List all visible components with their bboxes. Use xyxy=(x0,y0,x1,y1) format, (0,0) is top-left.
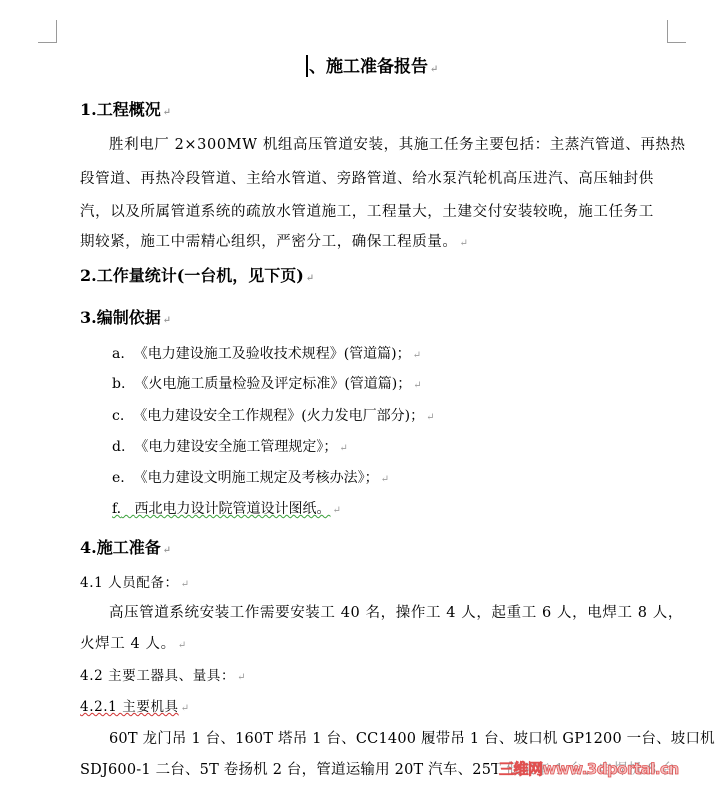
list-marker: b. xyxy=(112,376,125,392)
section-1-line-2[interactable]: 段管道、再热冷段管道、主给水管道、旁路管道、给水泵汽轮机高压进汽、高压轴封供 xyxy=(80,167,654,188)
reference-item-e[interactable]: e. 《电力建设文明施工规定及考核办法》；↵ xyxy=(112,467,389,487)
paragraph-mark-icon: ↵ xyxy=(430,64,438,75)
section-1-line-4[interactable]: 期较紧，施工中需精心组织，严密分工，确保工程质量。↵ xyxy=(80,230,468,251)
list-marker: e. xyxy=(112,470,125,486)
paragraph-mark-icon: ↵ xyxy=(181,579,190,590)
text-cursor xyxy=(306,55,308,77)
watermark: 三维网www.3dportal.cn xyxy=(497,758,681,779)
heading-text: 4.1 人员配备： xyxy=(80,575,179,591)
list-text: 《电力建设安全施工管理规定》； xyxy=(134,439,337,455)
list-text: 《火电施工质量检验及评定标准》(管道篇)； xyxy=(134,376,411,392)
paragraph-mark-icon: ↵ xyxy=(178,640,187,651)
subsection-4-2-1-heading[interactable]: 4.2.1 主要机具↵ xyxy=(80,695,190,715)
subsection-4-2-1-line-1[interactable]: 60T 龙门吊 1 台、160T 塔吊 1 台、CC1400 履带吊 1 台、坡… xyxy=(109,727,715,748)
section-2-heading[interactable]: 2.工作量统计(一台机，见下页)↵ xyxy=(80,263,314,286)
paragraph-mark-icon: ↵ xyxy=(163,107,171,118)
list-text: 《电力建设施工及验收技术规程》(管道篇)； xyxy=(134,346,411,362)
list-text: 《电力建设安全工作规程》(火力发电厂部分)； xyxy=(133,408,424,424)
section-1-line-3[interactable]: 汽，以及所属管道系统的疏放水管道施工，工程量大，土建交付安装较晚，施工任务工 xyxy=(80,200,654,221)
heading-text: 3.编制依据 xyxy=(80,308,161,327)
subsection-4-1-line-1[interactable]: 高压管道系统安装工作需要安装工 40 名，操作工 4 人，起重工 6 人，电焊工… xyxy=(109,601,683,622)
paragraph-mark-icon: ↵ xyxy=(163,545,171,556)
heading-text: 4.2.1 主要机具 xyxy=(80,699,179,715)
heading-text: 2.工作量统计(一台机，见下页) xyxy=(80,266,304,285)
subsection-4-1-line-2[interactable]: 火焊工 4 人。↵ xyxy=(80,632,187,653)
heading-text: 4.施工准备 xyxy=(80,538,161,557)
heading-text: 4.2 主要工器具、量具： xyxy=(80,668,235,684)
title-text: 、施工准备报告 xyxy=(309,57,428,77)
paragraph-mark-icon: ↵ xyxy=(163,315,171,326)
paragraph-mark-icon: ↵ xyxy=(237,672,246,683)
paragraph-mark-icon: ↵ xyxy=(413,380,421,391)
reference-item-a[interactable]: a. 《电力建设施工及验收技术规程》(管道篇)；↵ xyxy=(112,343,421,363)
heading-text: 1.工程概况 xyxy=(80,100,161,119)
subsection-4-1-heading[interactable]: 4.1 人员配备：↵ xyxy=(80,571,190,591)
page-corner-mark-top-right xyxy=(667,20,686,43)
paragraph-mark-icon: ↵ xyxy=(339,443,347,454)
reference-item-b[interactable]: b. 《火电施工质量检验及评定标准》(管道篇)；↵ xyxy=(112,373,422,393)
list-marker: c. xyxy=(112,408,124,424)
subsection-4-2-heading[interactable]: 4.2 主要工器具、量具：↵ xyxy=(80,664,246,684)
section-1-heading[interactable]: 1.工程概况↵ xyxy=(80,97,171,120)
paragraph-mark-icon: ↵ xyxy=(413,350,421,361)
list-marker: d. xyxy=(112,439,125,455)
paragraph-mark-icon: ↵ xyxy=(306,273,314,284)
list-marker: a. xyxy=(112,346,125,362)
list-text: 西北电力设计院管道设计图纸。 xyxy=(135,501,331,517)
section-3-heading[interactable]: 3.编制依据↵ xyxy=(80,305,171,328)
reference-item-c[interactable]: c. 《电力建设安全工作规程》(火力发电厂部分)；↵ xyxy=(112,405,435,425)
section-4-heading[interactable]: 4.施工准备↵ xyxy=(80,535,171,558)
line-text: 火焊工 4 人。 xyxy=(80,636,176,652)
reference-item-d[interactable]: d. 《电力建设安全施工管理规定》；↵ xyxy=(112,436,348,456)
section-1-line-1[interactable]: 胜利电厂 2×300MW 机组高压管道安装，其施工任务主要包括：主蒸汽管道、再热… xyxy=(109,133,686,154)
page-corner-mark-top-left xyxy=(38,20,57,43)
paragraph-mark-icon: ↵ xyxy=(181,703,190,714)
reference-item-f[interactable]: f. 西北电力设计院管道设计图纸。↵ xyxy=(112,498,341,518)
paragraph-mark-icon: ↵ xyxy=(426,412,434,423)
paragraph-mark-icon: ↵ xyxy=(460,238,469,249)
list-marker: f. xyxy=(112,501,121,517)
list-text: 《电力建设文明施工规定及考核办法》； xyxy=(134,470,379,486)
document-title[interactable]: 、施工准备报告↵ xyxy=(306,52,438,77)
line-text: 期较紧，施工中需精心组织，严密分工，确保工程质量。 xyxy=(80,234,458,250)
paragraph-mark-icon: ↵ xyxy=(381,474,389,485)
paragraph-mark-icon: ↵ xyxy=(333,505,341,516)
